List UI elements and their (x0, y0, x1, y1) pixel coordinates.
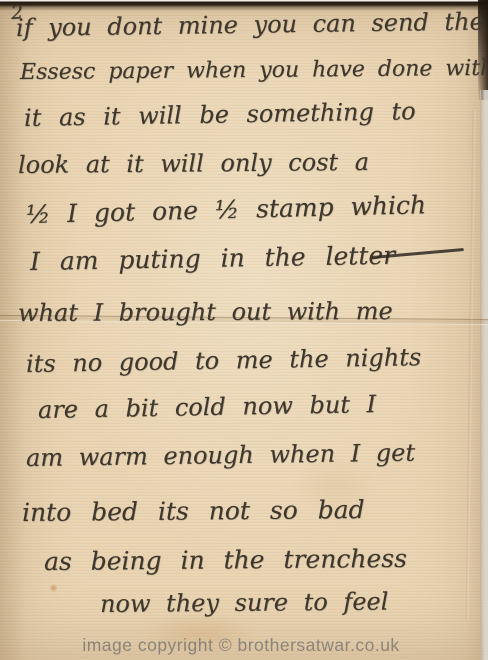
handwriting-line: Essesc paper when you have done with (20, 56, 488, 85)
paper-stain (49, 584, 58, 592)
handwriting-line: am warm enough when I get (26, 439, 415, 472)
handwriting-line: are a bit cold now but I (38, 390, 377, 424)
handwriting-line: now they sure to feel (100, 587, 389, 618)
handwriting-line: what I brought out with me (18, 297, 393, 327)
letter-scan: 2 if you dont mine you can send the Esse… (0, 0, 488, 660)
handwriting-line: into bed its not so bad (22, 495, 365, 527)
handwriting-line: look at it will only cost a (18, 148, 369, 179)
copyright-watermark: image copyright © brothersatwar.co.uk (0, 635, 482, 656)
handwriting-line: as being in the trenchess (44, 544, 407, 576)
scan-edge-right-light (480, 90, 488, 660)
